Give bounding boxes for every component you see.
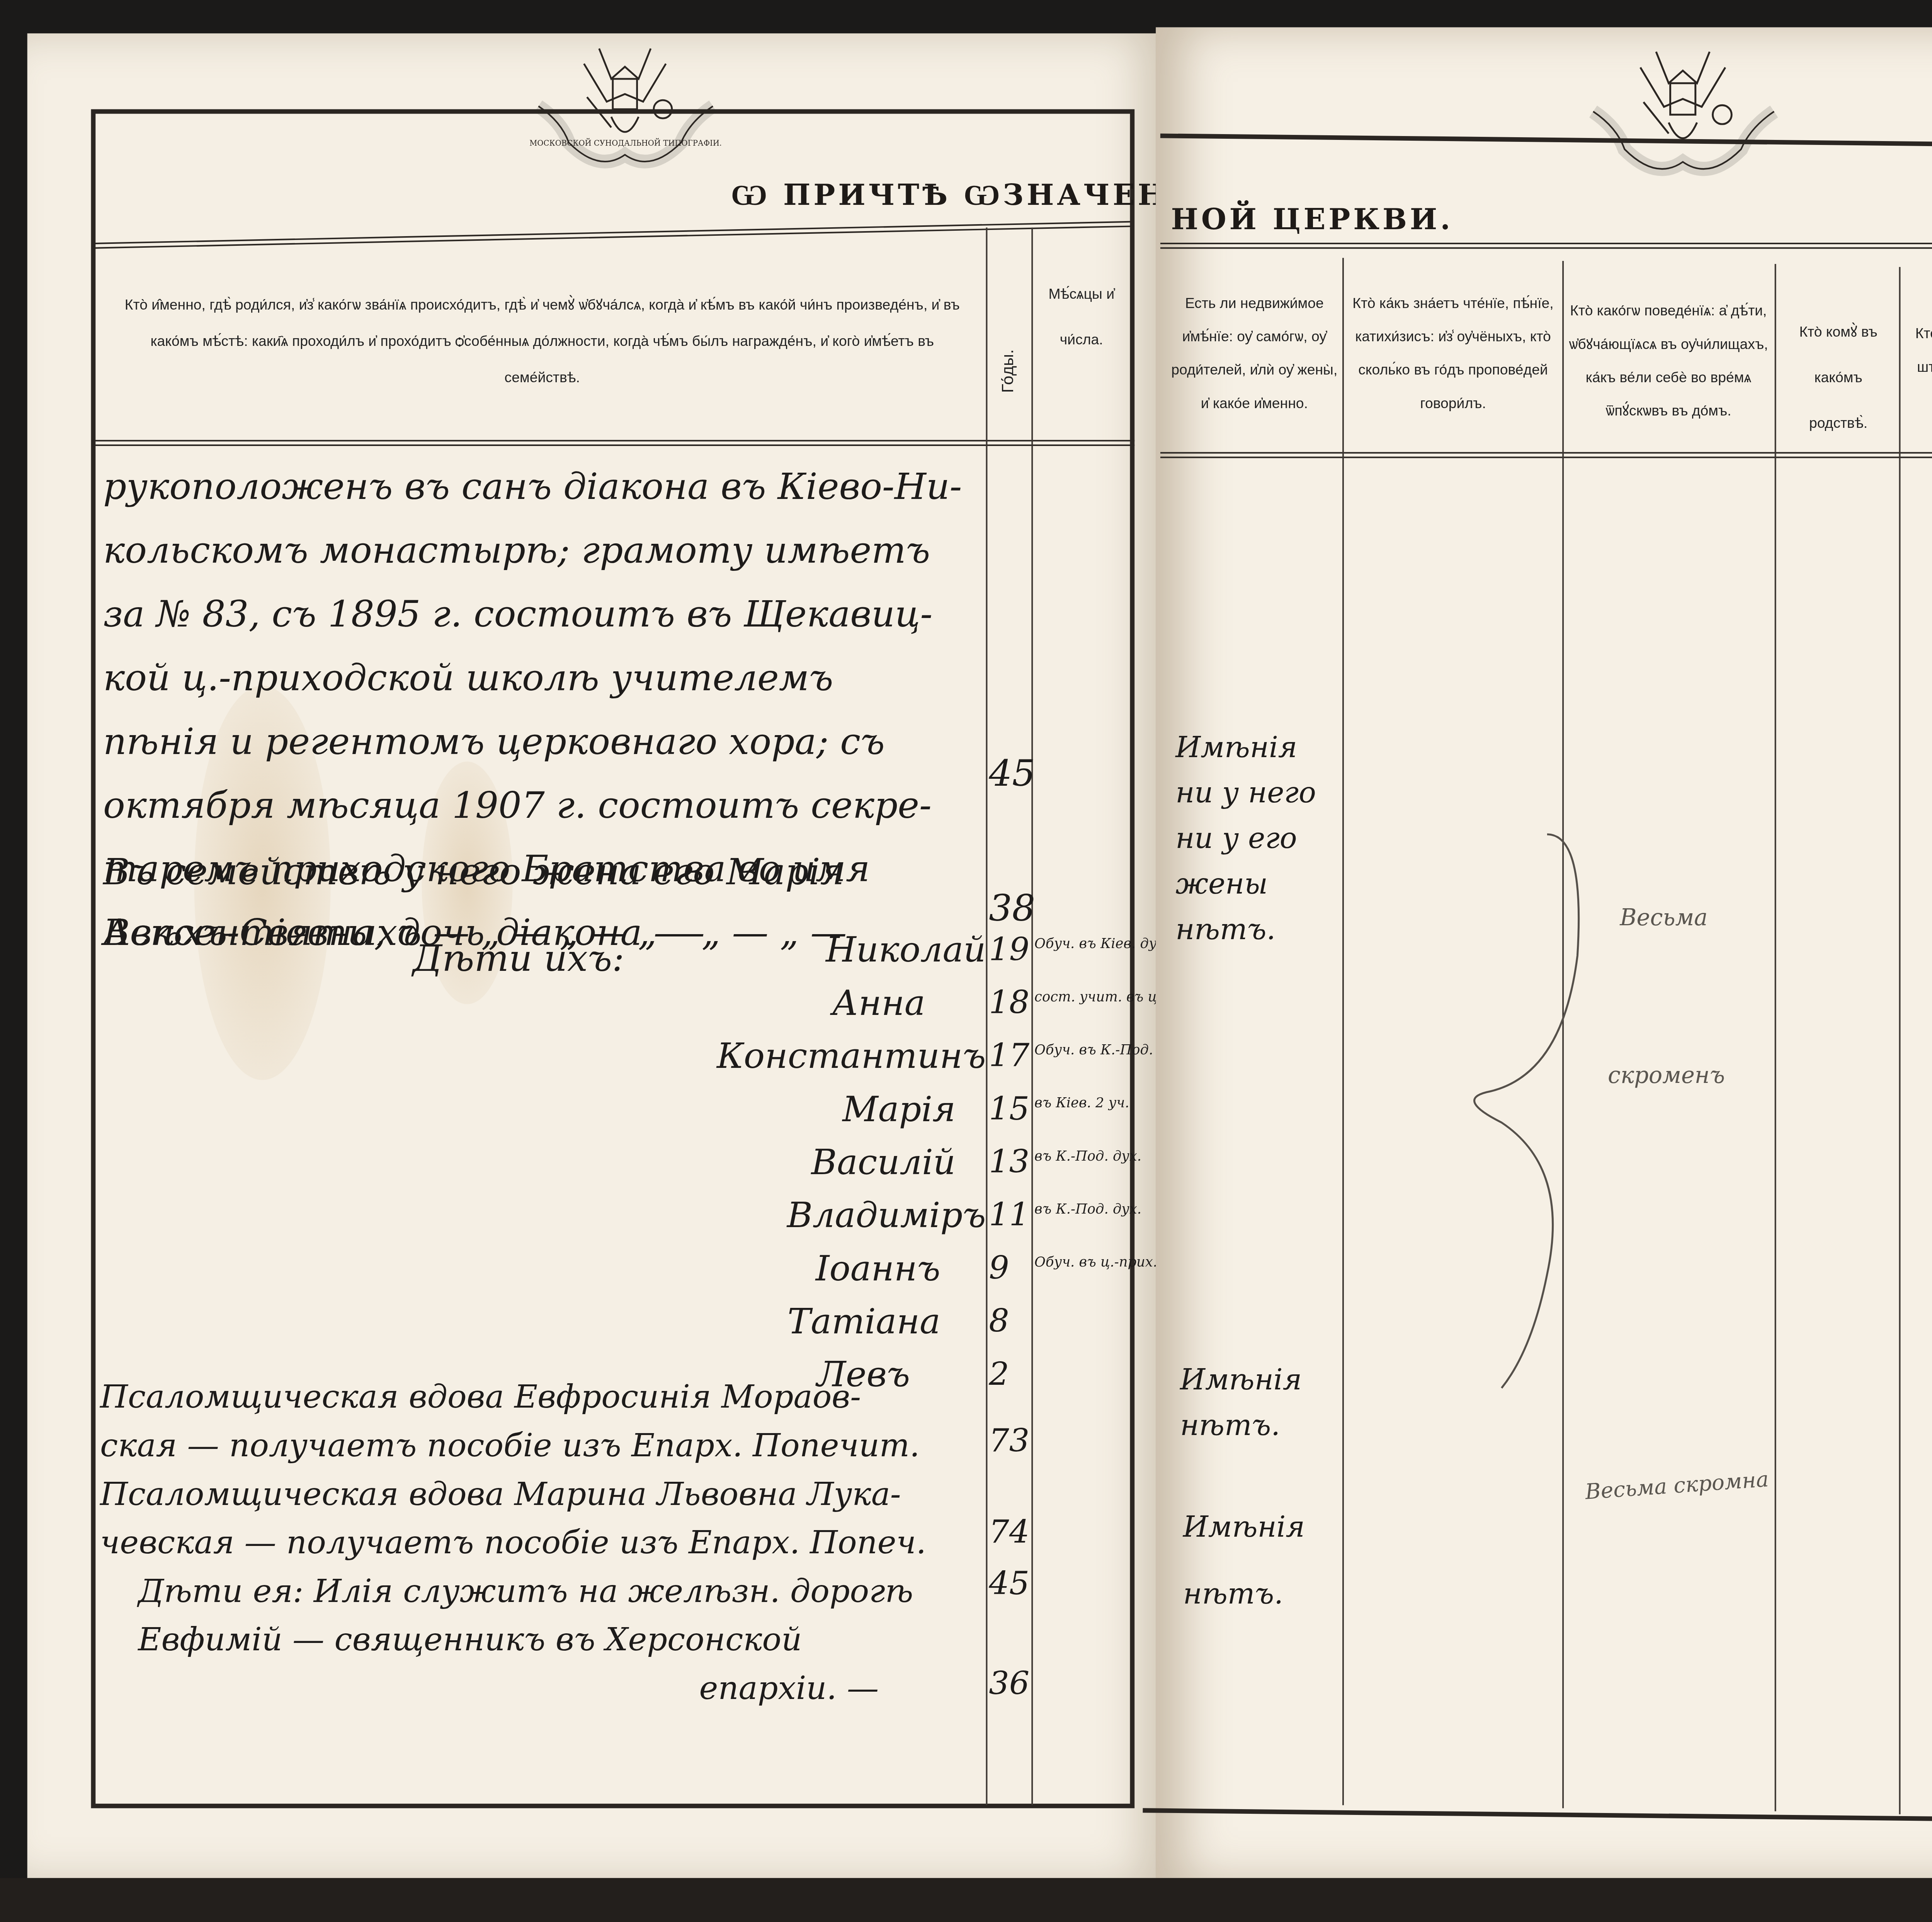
text-line: Дѣти ея: Илія служитъ на желѣзн. дорогѣ: [100, 1567, 995, 1616]
text-line: Въ семействѣ у него жена его Марія: [103, 842, 983, 902]
text-line: за № 83, съ 1895 г. состоитъ въ Щекавиц-: [103, 582, 983, 646]
page-title-left: Ѡ ПРИЧТѢ ѠЗНАЧЕН: [731, 179, 1168, 214]
widow-entries: Псаломщическая вдова Евфросинія Мораов- …: [100, 1373, 995, 1713]
text-line: октября мѣсяца 1907 г. состоитъ секре-: [103, 774, 983, 838]
list-item: Владиміръ 11 въ К.-Под. дух.: [637, 1197, 1153, 1250]
list-item: Татіана 8: [637, 1303, 1153, 1356]
text-line: епархіи. —: [100, 1664, 995, 1713]
children-label: Дѣти ихъ:: [413, 938, 624, 980]
column-header-knowledge: Кто̀ ка́къ зна́етъ чте́нїе, пѣ́нїе, кати…: [1350, 288, 1556, 422]
age-value: 38: [989, 887, 1035, 930]
column-header-kinship: Кто̀ комꙋ̀ въ како́мъ родствѣ̀.: [1784, 311, 1893, 448]
list-item: Марія 15 въ Кіев. 2 уч.: [637, 1091, 1153, 1144]
pencil-brace-mark: [1441, 819, 1593, 1396]
text-line: рукоположенъ въ санъ діакона въ Кіево-Ни…: [103, 455, 983, 519]
text-line: кольскомъ монастырѣ; грамоту имѣетъ: [103, 519, 983, 582]
text-line: Псаломщическая вдова Марина Львовна Лука…: [100, 1470, 995, 1519]
text-line: Евфимій — священникъ въ Херсонской: [100, 1616, 995, 1664]
double-headed-eagle-icon: [523, 33, 728, 177]
list-item: Константинъ 17 Обуч. въ К.-Под. дух. учи…: [637, 1038, 1153, 1091]
age-value: 73: [989, 1423, 1029, 1459]
column-divider: [1899, 267, 1901, 1814]
header-bottom-rule: [94, 440, 1134, 446]
crest-left: МОСКОВСКОЙ СУНОДАЛЬНОЙ ТИПОГРАФІИ.: [523, 33, 728, 177]
list-item: Василій 13 въ К.-Под. дух.: [637, 1144, 1153, 1197]
list-item: Николай 19 Обуч. въ Кіев. дух. Семин.: [637, 931, 1153, 984]
header-bottom-rule: [1160, 452, 1932, 458]
book-cover-bottom: [0, 1878, 1932, 1922]
column-header-court: Кто̀ когда̀ за что̀ бы́лъ сꙋди́мъ, и҆ чѣ…: [1908, 318, 1932, 419]
column-header-property: Есть ли недвижи́мое и҆мѣ́нїе: оу҆ само́г…: [1171, 288, 1338, 422]
behavior-entry: скроменъ: [1608, 1062, 1725, 1090]
property-entry: Имѣнія ни у него ни у его жены нѣтъ.: [1175, 725, 1316, 953]
property-entry: Имѣнія нѣтъ.: [1180, 1358, 1302, 1449]
column-divider: [1775, 264, 1776, 1811]
text-line: пѣнія и регентомъ церковнаго хора; съ: [103, 710, 983, 774]
header-top-rule: [1160, 243, 1932, 249]
printer-imprint: МОСКОВСКОЙ СУНОДАЛЬНОЙ ТИПОГРАФІИ.: [523, 140, 728, 149]
column-header-years: Го́ды.: [983, 326, 1034, 417]
list-item: Анна 18 сост. учит. въ цер.-прих. шк.: [637, 984, 1153, 1037]
age-value: 36: [989, 1666, 1029, 1702]
column-header-months: Мѣ́сѧцы и҆ чи́сла.: [1037, 273, 1126, 364]
behavior-entry: Весьма: [1620, 904, 1708, 931]
property-entry: Имѣнія нѣтъ.: [1183, 1494, 1305, 1627]
text-line: чевская — получаетъ пособіе изъ Епарх. П…: [100, 1519, 995, 1567]
age-value: 45: [989, 1566, 1029, 1602]
list-item: Іоаннъ 9 Обуч. въ ц.-прих. шк.: [637, 1250, 1153, 1303]
age-value: 45: [989, 752, 1035, 795]
page-title-right: НОЙ ЦЕРКВИ.: [1171, 203, 1453, 237]
text-line: Псаломщическая вдова Евфросинія Мораов-: [100, 1373, 995, 1421]
column-header-behavior: Кто̀ како́гѡ поведе́нїѧ: а҆ дѣ́ти, ѡ҆бꙋч…: [1568, 296, 1769, 429]
age-value: 74: [989, 1514, 1029, 1550]
ledger-photo: МОСКОВСКОЙ СУНОДАЛЬНОЙ ТИПОГРАФІИ. Ѡ ПРИ…: [0, 0, 1932, 1922]
children-list: Николай 19 Обуч. въ Кіев. дух. Семин. Ан…: [637, 931, 1153, 1409]
text-line: ская — получаетъ пособіе изъ Епарх. Попе…: [100, 1421, 995, 1470]
text-line: кой ц.-приходской школѣ учителемъ: [103, 646, 983, 710]
column-divider: [1342, 258, 1344, 1805]
column-header-biography: Кто̀ и̂менно, гдѣ̀ роди́лся, и҆з̾ како́г…: [121, 288, 963, 398]
